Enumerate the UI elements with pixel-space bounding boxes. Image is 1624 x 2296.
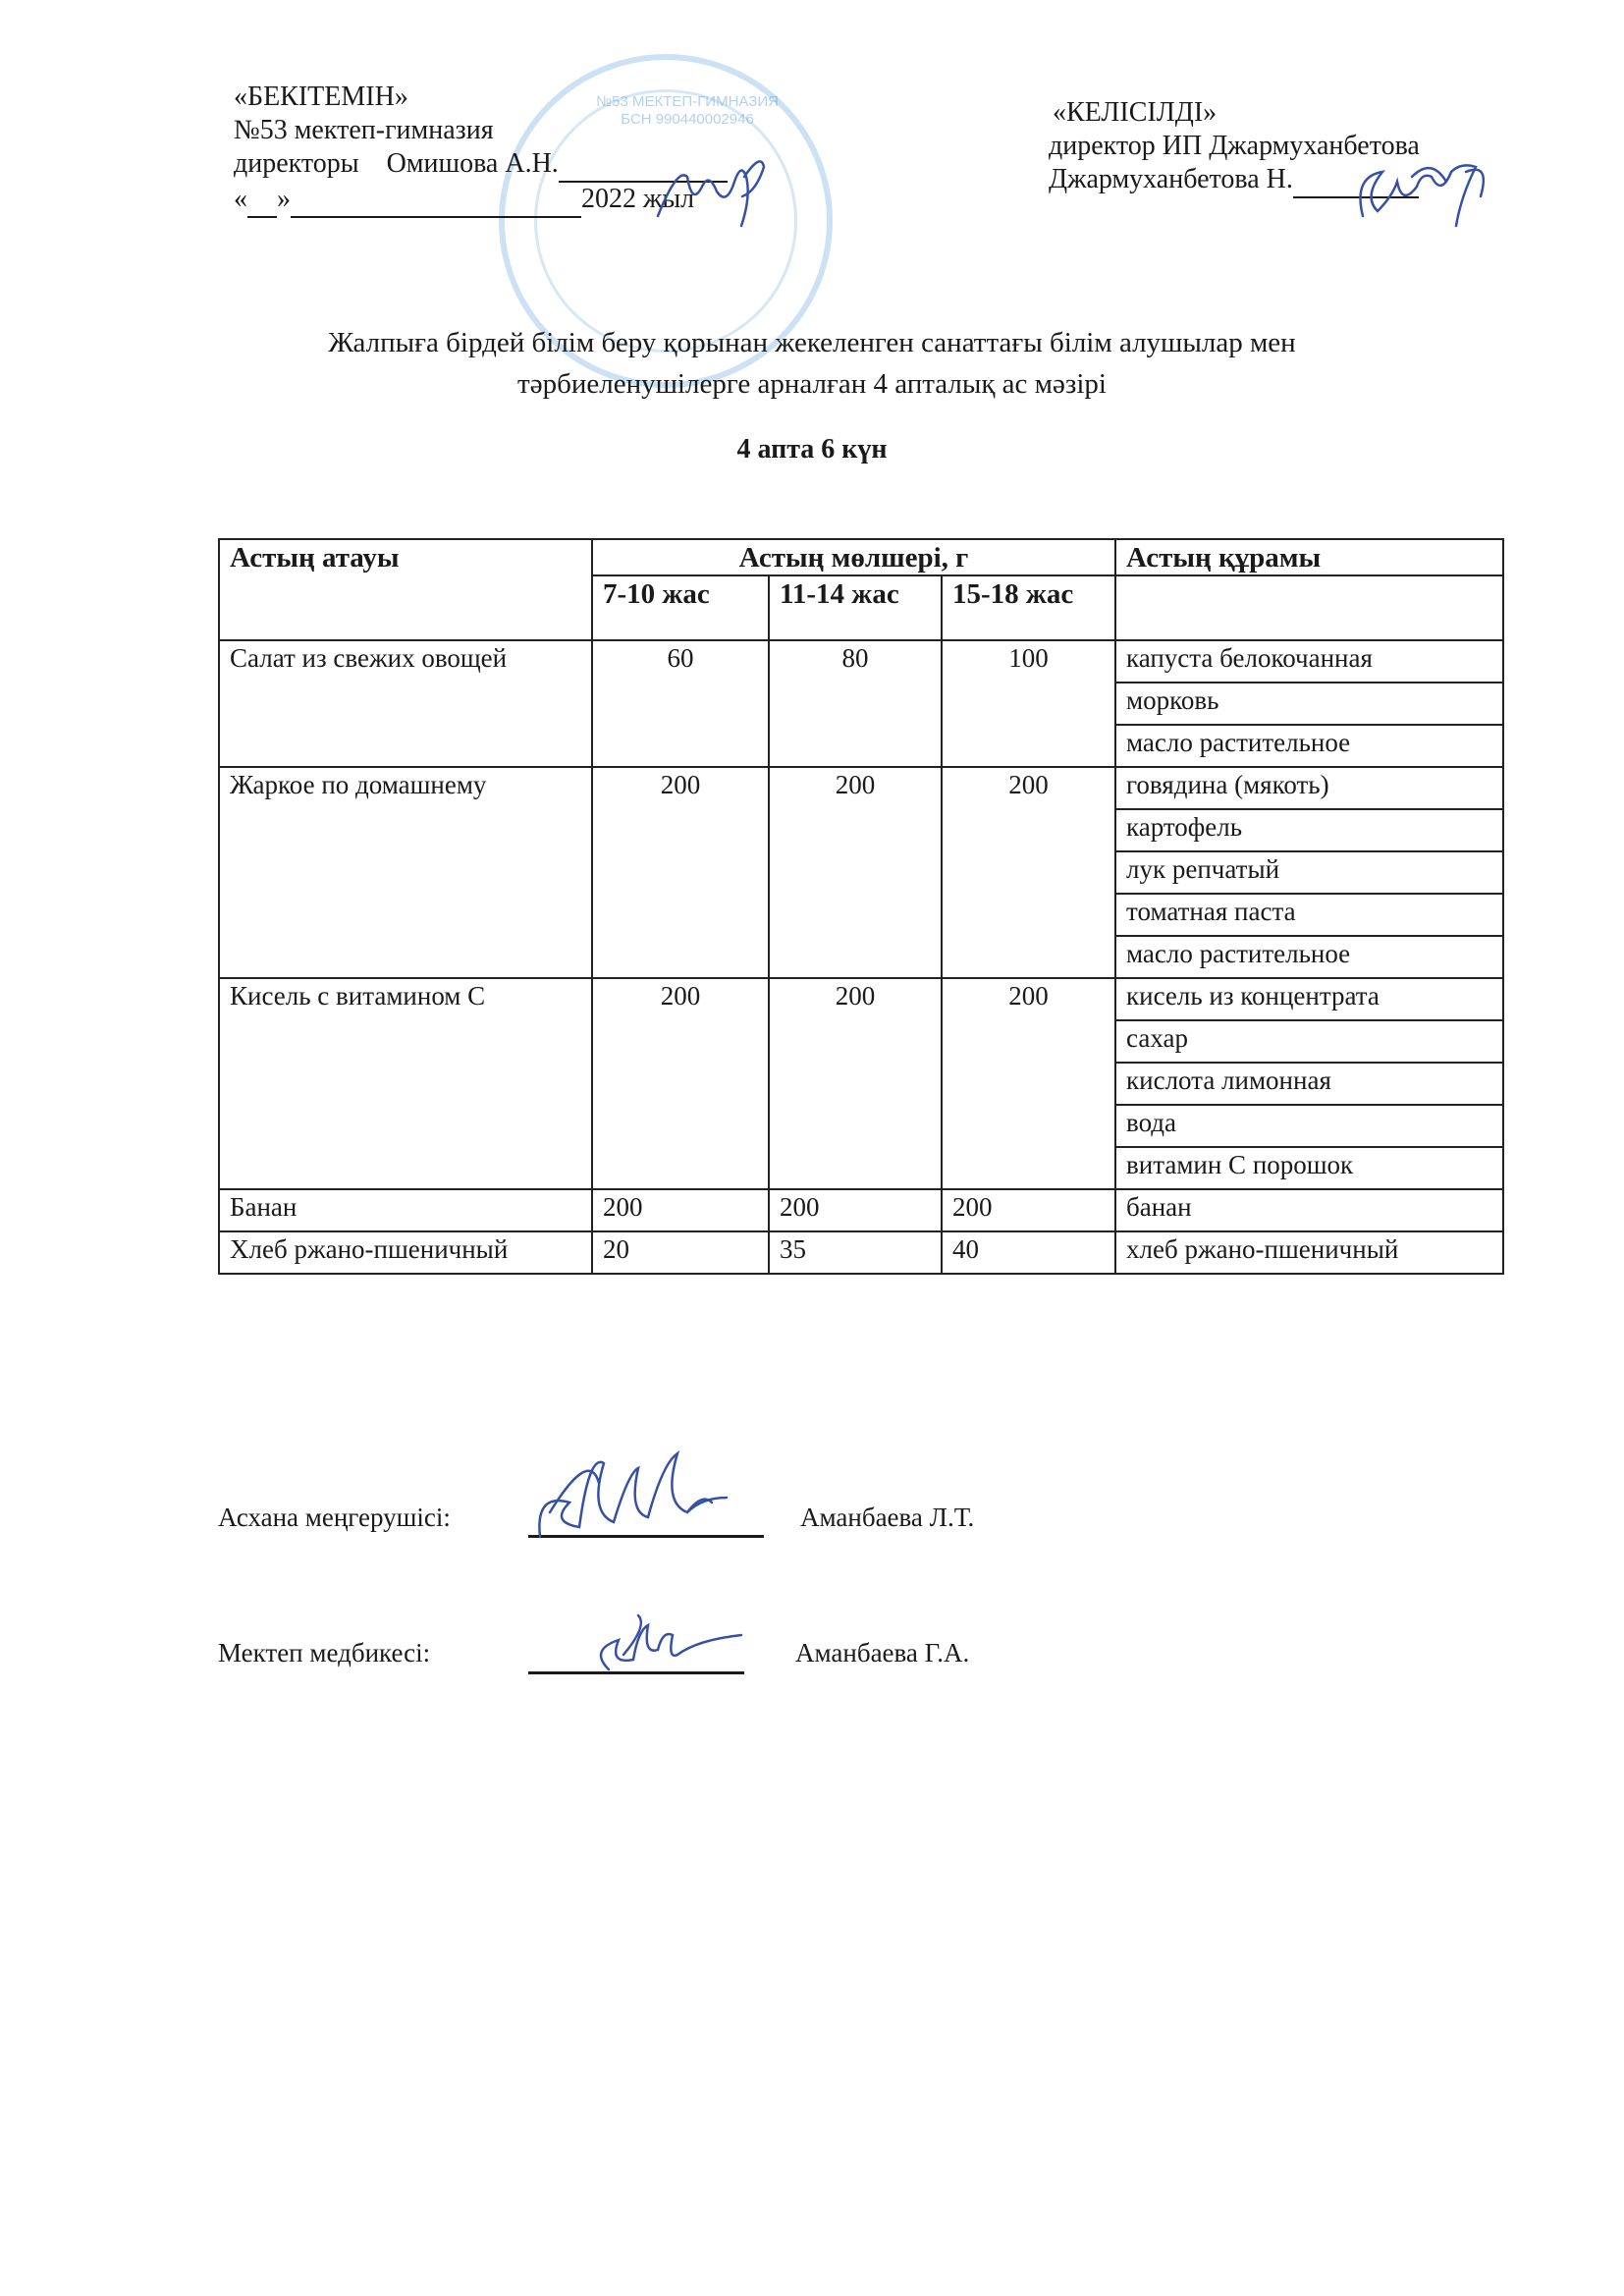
ingredient: картофель <box>1115 809 1503 851</box>
ingredient: масло растительное <box>1115 936 1503 978</box>
director-signature-icon <box>648 147 776 236</box>
ingredient: лук репчатый <box>1115 851 1503 894</box>
table-header-row: Астың атауы Астың мөлшері, г Астың құрам… <box>219 539 1503 575</box>
ingredient: кисель из концентрата <box>1115 978 1503 1020</box>
menu-table: Астың атауы Астың мөлшері, г Астың құрам… <box>218 538 1504 1275</box>
ingredient: морковь <box>1115 683 1503 725</box>
ingredient: говядина (мякоть) <box>1115 767 1503 809</box>
header-amount: Астың мөлшері, г <box>592 539 1115 575</box>
date-quote-open: « <box>234 184 247 214</box>
document-title: Жалпыға бірдей білім беру қорынан жекеле… <box>0 322 1624 405</box>
approval-right-heading: «КЕЛІСІЛДІ» <box>1049 96 1420 130</box>
ingredient: вода <box>1115 1105 1503 1147</box>
ingredient: витамин С порошок <box>1115 1147 1503 1189</box>
date-quote-close: » <box>277 184 291 214</box>
header-dish-name: Астың атауы <box>219 539 592 640</box>
dish-name: Салат из свежих овощей <box>219 640 592 767</box>
date-day-blank <box>247 183 277 218</box>
menu-table-body: Салат из свежих овощей6080100капуста бел… <box>219 640 1503 1274</box>
ingredient: хлеб ржано-пшеничный <box>1115 1231 1503 1274</box>
contractor-signature-icon <box>1343 157 1500 236</box>
dish-amount: 20 <box>592 1231 769 1274</box>
ingredient: сахар <box>1115 1020 1503 1063</box>
dish-name: Кисель с витамином С <box>219 978 592 1189</box>
table-row: Салат из свежих овощей6080100капуста бел… <box>219 640 1503 683</box>
signature-row-canteen: Асхана меңгерушісі: <box>218 1503 451 1533</box>
ingredient: кислота лимонная <box>1115 1063 1503 1105</box>
title-line-1: Жалпыға бірдей білім беру қорынан жекеле… <box>0 322 1624 363</box>
document-subtitle: 4 апта 6 күн <box>0 434 1624 465</box>
canteen-manager-name: Аманбаева Л.Т. <box>800 1503 974 1533</box>
table-row: Банан200200200банан <box>219 1189 1503 1231</box>
date-month-blank <box>291 183 581 218</box>
dish-amount: 40 <box>942 1231 1115 1274</box>
dish-amount: 200 <box>769 767 942 978</box>
header-age-7-10: 7-10 жас <box>592 575 769 640</box>
dish-amount: 200 <box>942 1189 1115 1231</box>
school-nurse-signature-icon <box>579 1611 756 1679</box>
approval-left-school: №53 мектеп-гимназия <box>234 114 728 147</box>
dish-amount: 80 <box>769 640 942 767</box>
dish-amount: 200 <box>942 978 1115 1189</box>
school-nurse-role: Мектеп медбикесі: <box>218 1638 430 1667</box>
dish-amount: 35 <box>769 1231 942 1274</box>
canteen-manager-signature-icon <box>530 1444 766 1552</box>
director-role: директоры <box>234 148 359 179</box>
signature-row-nurse: Мектеп медбикесі: <box>218 1638 430 1668</box>
table-row: Хлеб ржано-пшеничный203540хлеб ржано-пше… <box>219 1231 1503 1274</box>
ingredient: масло растительное <box>1115 725 1503 767</box>
header-age-15-18: 15-18 жас <box>942 575 1115 640</box>
school-nurse-name: Аманбаева Г.А. <box>795 1638 969 1668</box>
dish-name: Банан <box>219 1189 592 1231</box>
dish-amount: 100 <box>942 640 1115 767</box>
table-row: Жаркое по домашнему200200200говядина (мя… <box>219 767 1503 809</box>
canteen-manager-role: Асхана меңгерушісі: <box>218 1503 451 1532</box>
header-composition: Астың құрамы <box>1115 539 1503 575</box>
dish-name: Жаркое по домашнему <box>219 767 592 978</box>
dish-name: Хлеб ржано-пшеничный <box>219 1231 592 1274</box>
contractor-name: Джармуханбетова Н. <box>1049 164 1293 194</box>
title-line-2: тәрбиеленушілерге арналған 4 апталық ас … <box>0 363 1624 405</box>
table-row: Кисель с витамином С200200200кисель из к… <box>219 978 1503 1020</box>
ingredient: томатная паста <box>1115 894 1503 936</box>
director-name: Омишова А.Н. <box>387 148 559 179</box>
dish-amount: 200 <box>942 767 1115 978</box>
approval-left-heading: «БЕКІТЕМІН» <box>234 81 728 114</box>
ingredient: капуста белокочанная <box>1115 640 1503 683</box>
dish-amount: 60 <box>592 640 769 767</box>
header-age-11-14: 11-14 жас <box>769 575 942 640</box>
dish-amount: 200 <box>592 978 769 1189</box>
header-composition-blank <box>1115 575 1503 640</box>
dish-amount: 200 <box>592 1189 769 1231</box>
dish-amount: 200 <box>769 978 942 1189</box>
ingredient: банан <box>1115 1189 1503 1231</box>
dish-amount: 200 <box>769 1189 942 1231</box>
dish-amount: 200 <box>592 767 769 978</box>
